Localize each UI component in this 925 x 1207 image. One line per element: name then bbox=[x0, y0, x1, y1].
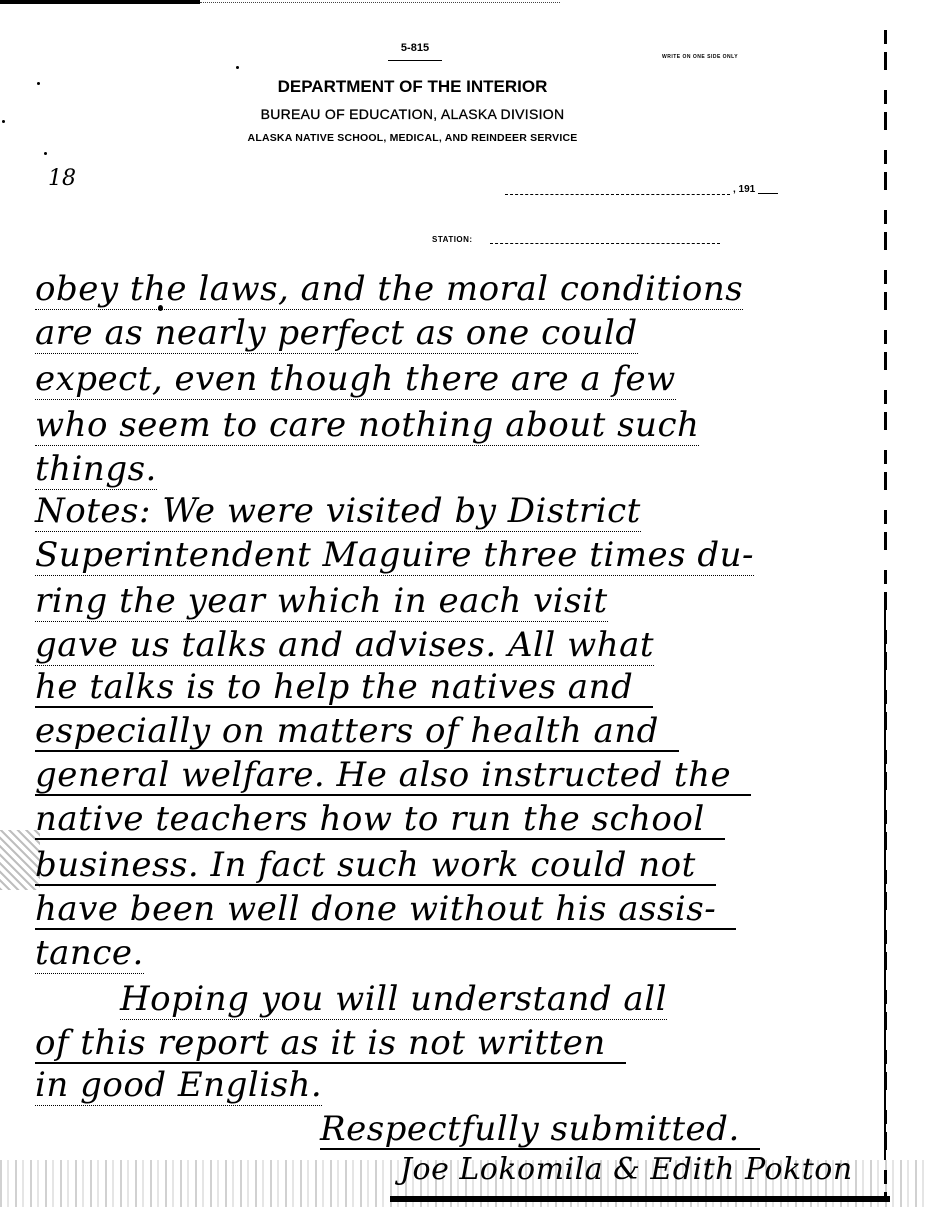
handwritten-line: especially on matters of health and bbox=[35, 714, 659, 748]
scan-edge-artifact bbox=[390, 1196, 890, 1202]
divider bbox=[388, 60, 442, 61]
date-year-prefix: , 191 bbox=[733, 184, 755, 195]
signature: Joe Lokomila & Edith Pokton bbox=[400, 1155, 853, 1185]
handwritten-line: who seem to care nothing about such bbox=[35, 408, 699, 442]
station-field-line bbox=[490, 242, 720, 244]
form-number: 5-815 bbox=[390, 42, 440, 54]
handwritten-line: he talks is to help the natives and bbox=[35, 670, 633, 704]
handwritten-line: of this report as it is not written bbox=[35, 1026, 606, 1060]
handwritten-line: general welfare. He also instructed the bbox=[35, 758, 731, 792]
handwritten-line: Hoping you will understand all bbox=[120, 982, 667, 1016]
bureau-heading: BUREAU OF EDUCATION, ALASKA DIVISION bbox=[0, 106, 825, 122]
handwritten-line: business. In fact such work could not bbox=[35, 848, 696, 882]
handwritten-line: Notes: We were visited by District bbox=[35, 494, 641, 528]
handwritten-line: tance. bbox=[35, 936, 144, 970]
date-year-line bbox=[758, 193, 778, 194]
date-field-line bbox=[505, 193, 730, 195]
scan-noise bbox=[0, 830, 40, 890]
handwritten-page-number: 18 bbox=[48, 166, 76, 191]
handwritten-line: obey the laws, and the moral conditions bbox=[35, 272, 743, 306]
handwritten-line: expect, even though there are a few bbox=[35, 362, 676, 396]
page-margin-rule bbox=[884, 600, 886, 1160]
ink-speck bbox=[236, 66, 239, 69]
scanned-document-page: 5-815 WRITE ON ONE SIDE ONLY DEPARTMENT … bbox=[0, 0, 925, 1207]
handwritten-line: have been well done without his assis- bbox=[35, 892, 716, 926]
handwritten-line: in good English. bbox=[35, 1068, 322, 1102]
scan-edge-artifact bbox=[200, 2, 560, 4]
department-heading: DEPARTMENT OF THE INTERIOR bbox=[0, 77, 825, 97]
handwritten-line: are as nearly perfect as one could bbox=[35, 316, 638, 350]
handwritten-line: gave us talks and advises. All what bbox=[35, 628, 654, 662]
handwritten-line: native teachers how to run the school bbox=[35, 802, 705, 836]
handwritten-line: Superintendent Maguire three times du- bbox=[35, 538, 754, 572]
station-label: STATION: bbox=[432, 235, 473, 244]
handwritten-line: ring the year which in each visit bbox=[35, 584, 608, 618]
valediction: Respectfully submitted. bbox=[320, 1112, 740, 1146]
ink-speck bbox=[44, 152, 47, 155]
scan-edge-artifact bbox=[0, 0, 200, 4]
service-heading: ALASKA NATIVE SCHOOL, MEDICAL, AND REIND… bbox=[0, 132, 825, 144]
handwritten-line: things. bbox=[35, 452, 157, 486]
write-one-side-note: WRITE ON ONE SIDE ONLY bbox=[662, 54, 738, 60]
